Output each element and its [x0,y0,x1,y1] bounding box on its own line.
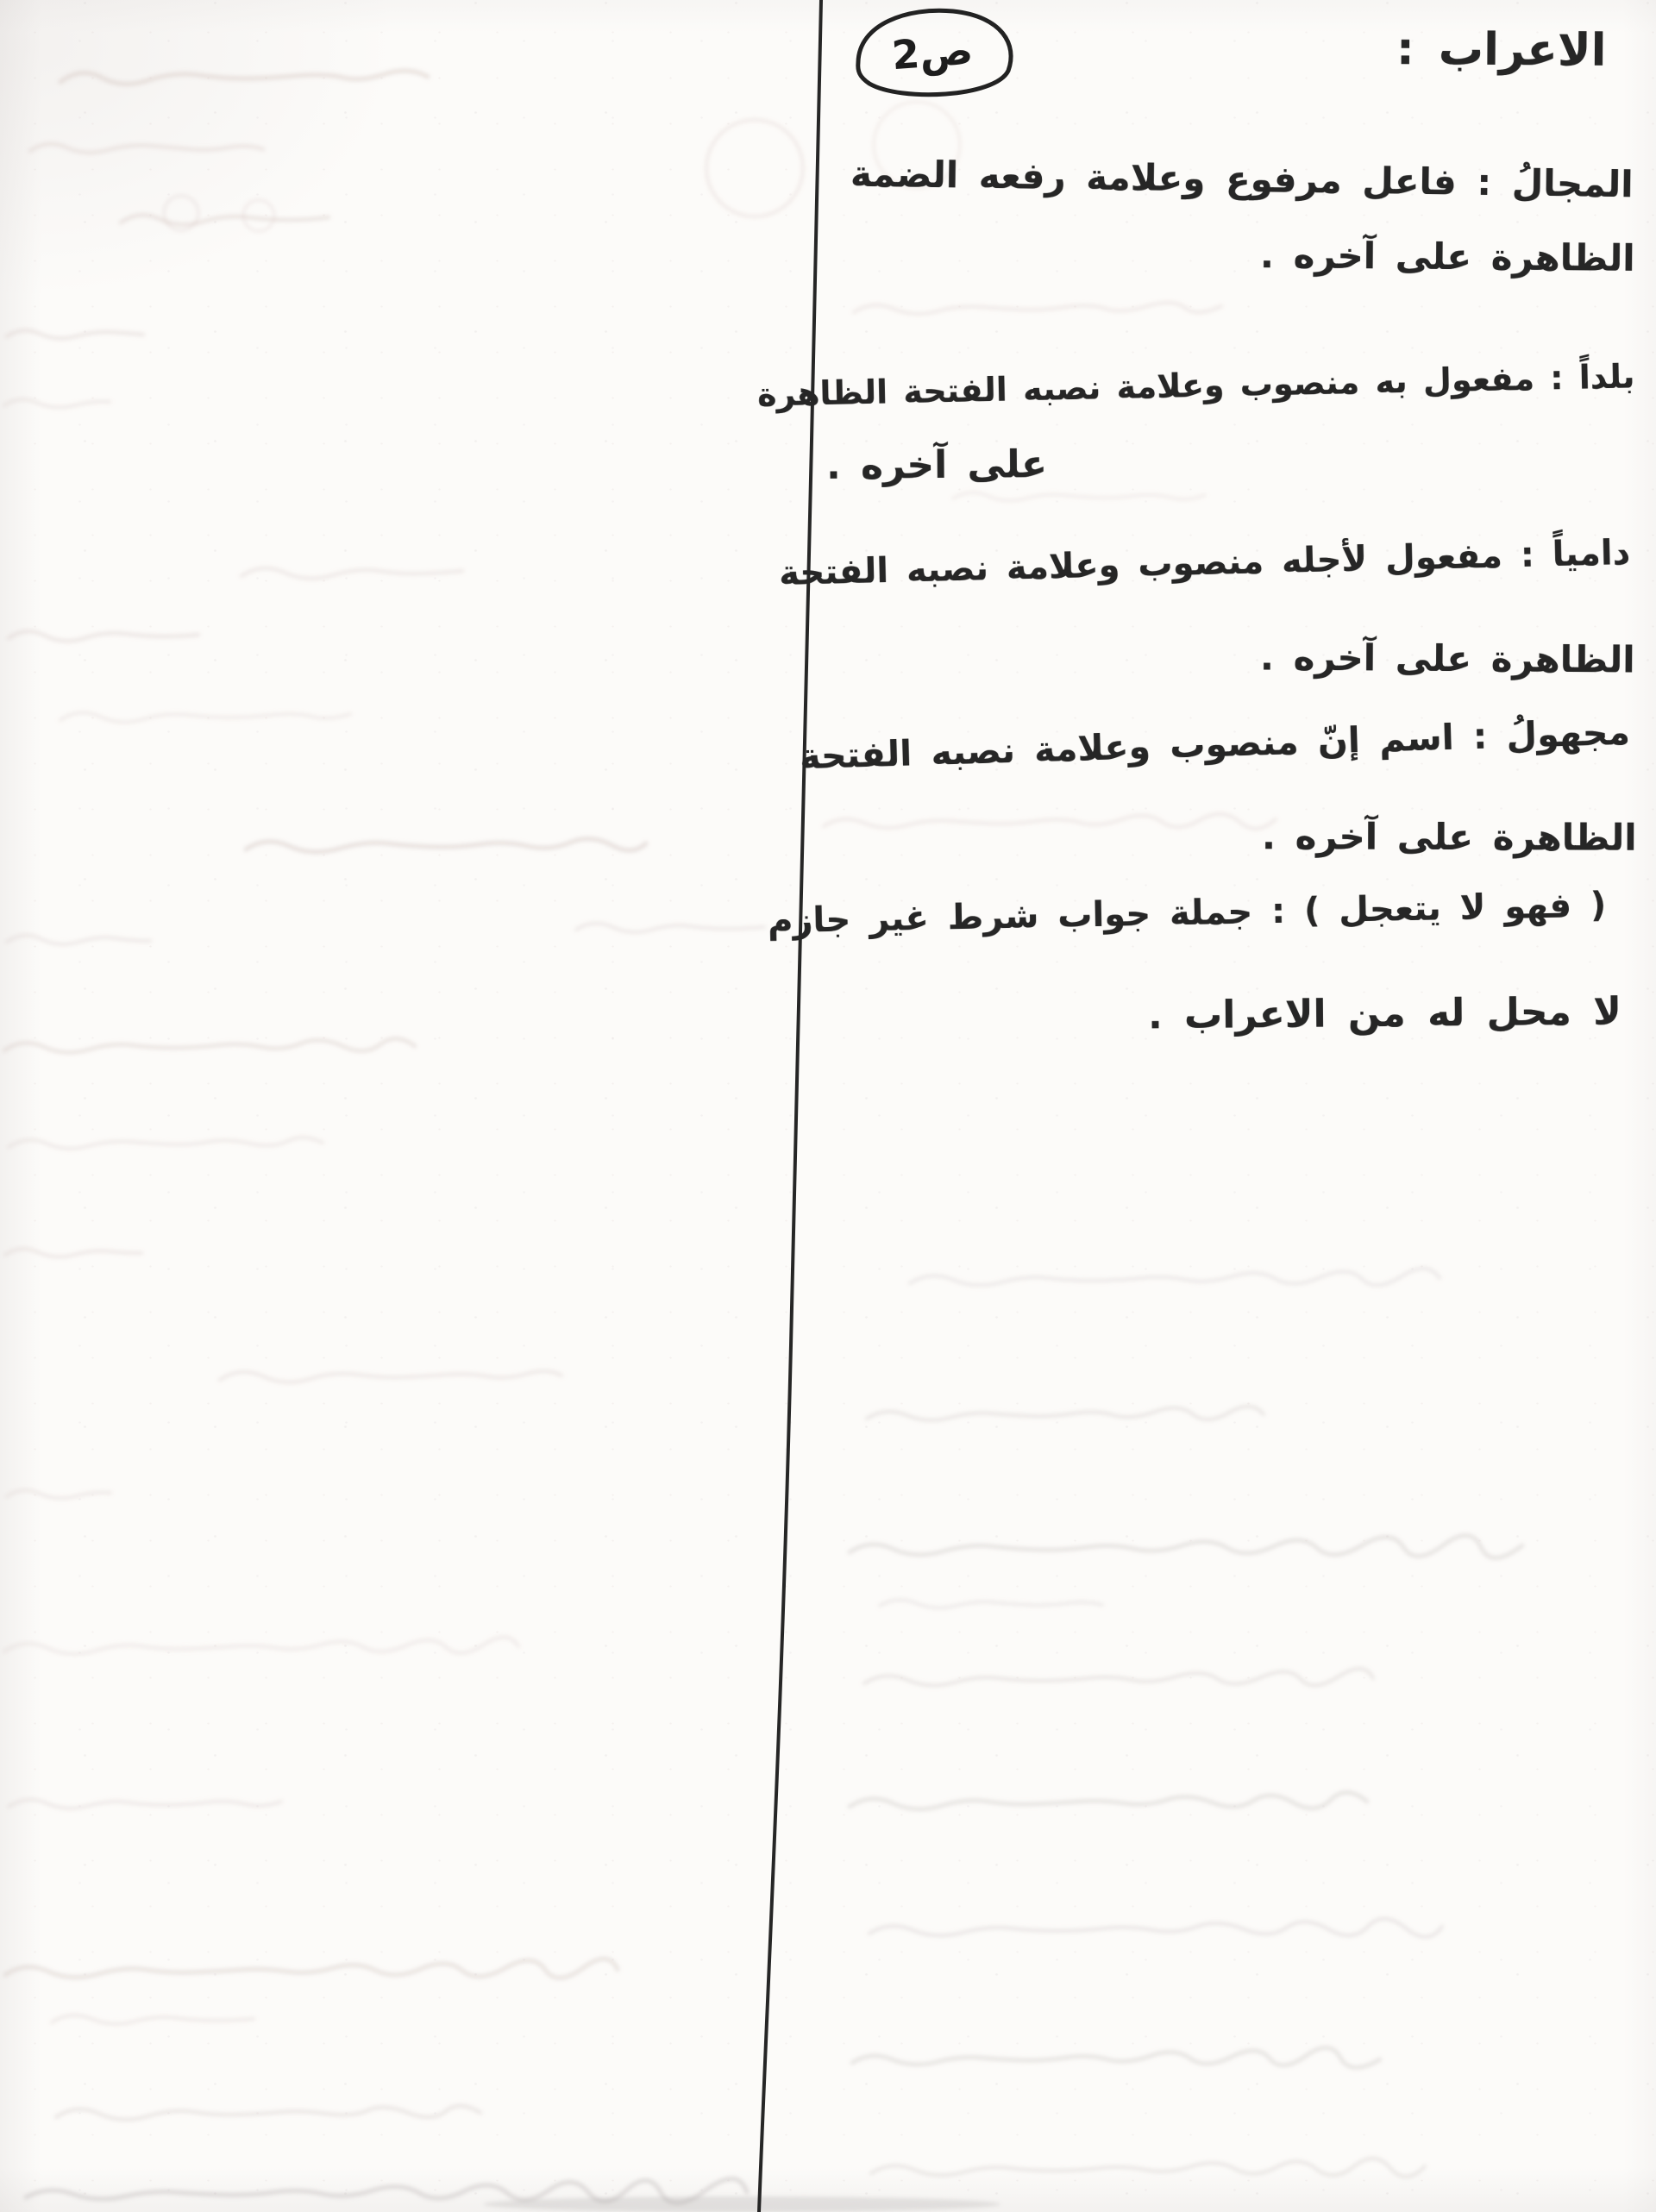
irab-line-1b: الظاهرة على آخره . [1260,233,1635,281]
page-title: الاعراب : [1396,22,1606,79]
scanned-notebook-page: ص2 الاعراب : المجالُ : فاعل مرفوع وعلامة… [0,0,1656,2212]
irab-line-3b: الظاهرة على آخره . [1260,635,1635,683]
irab-line-4b: الظاهرة على آخره . [1262,814,1637,861]
irab-line-2b: على آخره . [826,441,1047,490]
fold-line [759,0,821,2212]
page-number: ص2 [853,7,1012,98]
irab-line-5b: لا محل له من الاعراب . [1148,988,1621,1040]
scan-artifacts [0,0,1656,2212]
